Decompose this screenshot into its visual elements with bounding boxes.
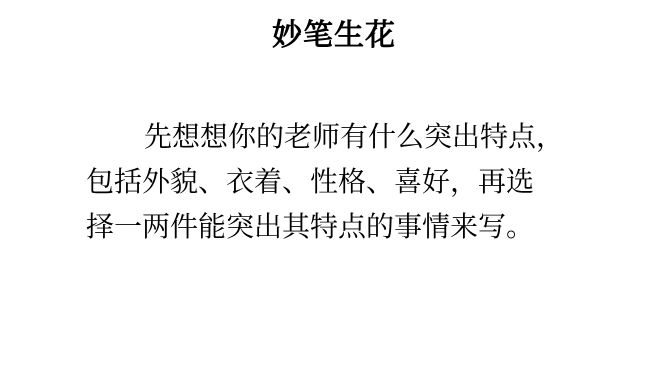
paragraph-line-2: 包括外貌、衣着、性格、喜好，再选 — [86, 159, 586, 204]
instruction-paragraph: 先想想你的老师有什么突出特点， 包括外貌、衣着、性格、喜好，再选 择一两件能突出… — [86, 114, 586, 249]
paragraph-line-1: 先想想你的老师有什么突出特点， — [86, 114, 586, 159]
paragraph-line-3: 择一两件能突出其特点的事情来写。 — [86, 204, 586, 249]
slide-title: 妙笔生花 — [0, 16, 668, 56]
